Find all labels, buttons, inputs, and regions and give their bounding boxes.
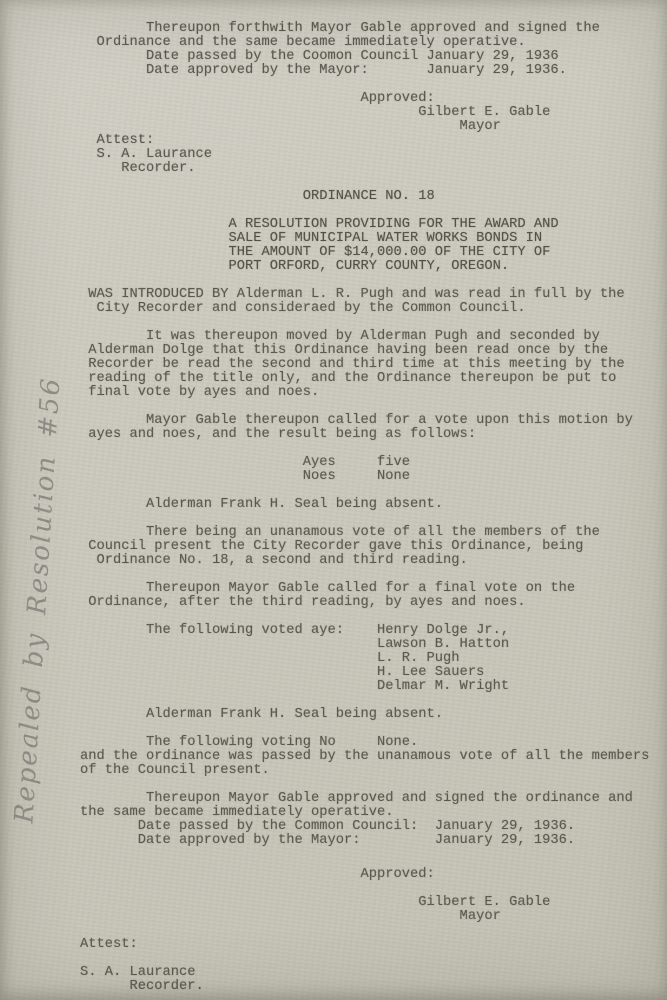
second-third-reading-paragraph: There being an unanamous vote of all the… <box>80 526 667 568</box>
closing-statement: Thereupon Mayor Gable approved and signe… <box>80 792 667 848</box>
vote-tally: Ayes five Noes None <box>80 456 667 484</box>
motion-paragraph: It was thereupon moved by Alderman Pugh … <box>80 330 667 400</box>
ordinance-heading: ORDINANCE NO. 18 <box>80 190 667 204</box>
approval-signature-bottom: Approved: Gilbert E. Gable Mayor <box>80 868 667 924</box>
introduction-paragraph: WAS INTRODUCED BY Alderman L. R. Pugh an… <box>80 288 667 316</box>
approval-signature-top: Approved: Gilbert E. Gable Mayor <box>80 92 667 134</box>
absent-note-1: Alderman Frank H. Seal being absent. <box>80 498 667 512</box>
absent-note-2: Alderman Frank H. Seal being absent. <box>80 708 667 722</box>
aye-voters-list: The following voted aye: Henry Dolge Jr.… <box>80 624 667 694</box>
attest-signature-top: Attest: S. A. Laurance Recorder. <box>80 134 667 176</box>
document-page: Thereupon forthwith Mayor Gable approved… <box>0 0 667 1000</box>
resolution-title: A RESOLUTION PROVIDING FOR THE AWARD AND… <box>80 218 667 274</box>
typewritten-text-area: Thereupon forthwith Mayor Gable approved… <box>0 0 667 1000</box>
opening-statement: Thereupon forthwith Mayor Gable approved… <box>80 22 667 78</box>
attest-signature-bottom: Attest: S. A. Laurance Recorder. <box>80 938 667 994</box>
vote-call-paragraph: Mayor Gable thereupon called for a vote … <box>80 414 667 442</box>
final-vote-paragraph: Thereupon Mayor Gable called for a final… <box>80 582 667 610</box>
no-votes-paragraph: The following voting No None. and the or… <box>80 736 667 778</box>
